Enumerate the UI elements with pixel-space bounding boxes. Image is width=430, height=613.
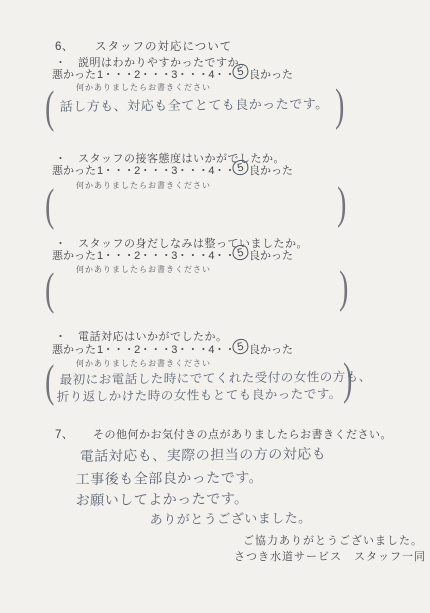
rating-scale: 1・・・2・・・3・・・4・・ — [97, 162, 235, 178]
section7-handwritten-line4: ありがとうございました。 — [150, 507, 312, 528]
rating-low-label: 悪かった — [52, 66, 96, 82]
comment-bracket-left: ( — [45, 266, 54, 312]
question-4-handwritten-answer-line2: 折り返しかけた時の女性もとても良かったです。 — [57, 384, 342, 405]
comment-bracket-right: ) — [339, 264, 348, 310]
question-1-handwritten-answer: 話し方も、対応も全てとても良かったです。 — [60, 93, 329, 115]
section7-handwritten-line2: 工事後も全部良かったです。 — [76, 467, 264, 489]
section7-title: その他何かお気付きの点がありましたらお書きください。 — [93, 426, 392, 442]
comment-bracket-left: ( — [45, 84, 54, 130]
rating-low-label: 悪かった — [52, 247, 96, 263]
section6-title: スタッフの対応について — [95, 38, 232, 54]
question-3-rating: 悪かった 1・・・2・・・3・・・4・・ 5 良かった — [52, 247, 293, 263]
comment-bracket-right: ) — [337, 180, 346, 226]
question-4-note-label: 何かありましたらお書きください — [76, 358, 211, 369]
rating-high-label: 良かった — [249, 341, 293, 357]
scanned-survey-page: 6、 スタッフの対応について ・ 説明はわかりやすかったですか。 悪かった 1・… — [0, 0, 430, 613]
section7-handwritten-line1: 電話対応も、実際の担当の方の対応も — [80, 443, 327, 466]
comment-bracket-left: ( — [45, 358, 54, 404]
rating-low-label: 悪かった — [52, 341, 96, 357]
footer-thanks: ご協力ありがとうございました。 — [243, 532, 423, 548]
section6-number: 6、 — [55, 38, 74, 54]
rating-high-label: 良かった — [249, 66, 293, 82]
section7-number: 7、 — [55, 426, 74, 442]
rating-low-label: 悪かった — [52, 162, 96, 178]
question-4-rating: 悪かった 1・・・2・・・3・・・4・・ 5 良かった — [52, 341, 293, 357]
comment-bracket-right: ) — [335, 82, 344, 128]
rating-scale: 1・・・2・・・3・・・4・・ — [97, 341, 235, 357]
question-3-note-label: 何かありましたらお書きください — [76, 264, 211, 275]
comment-bracket-left: ( — [45, 182, 54, 228]
rating-high-label: 良かった — [249, 247, 293, 263]
question-1-note-label: 何かありましたらお書きください — [76, 82, 211, 93]
question-2-rating: 悪かった 1・・・2・・・3・・・4・・ 5 良かった — [52, 162, 293, 178]
question-2-note-label: 何かありましたらお書きください — [76, 180, 211, 191]
rating-high-label: 良かった — [249, 162, 293, 178]
section7-handwritten-line3: お願いしてよかったです。 — [76, 488, 249, 510]
rating-scale: 1・・・2・・・3・・・4・・ — [97, 66, 235, 82]
question-1-rating: 悪かった 1・・・2・・・3・・・4・・ 5 良かった — [52, 66, 293, 82]
rating-circled-5: 5 — [231, 337, 250, 355]
footer-signature: さつき水道サービス スタッフ一同 — [234, 548, 426, 564]
rating-scale: 1・・・2・・・3・・・4・・ — [97, 247, 235, 263]
